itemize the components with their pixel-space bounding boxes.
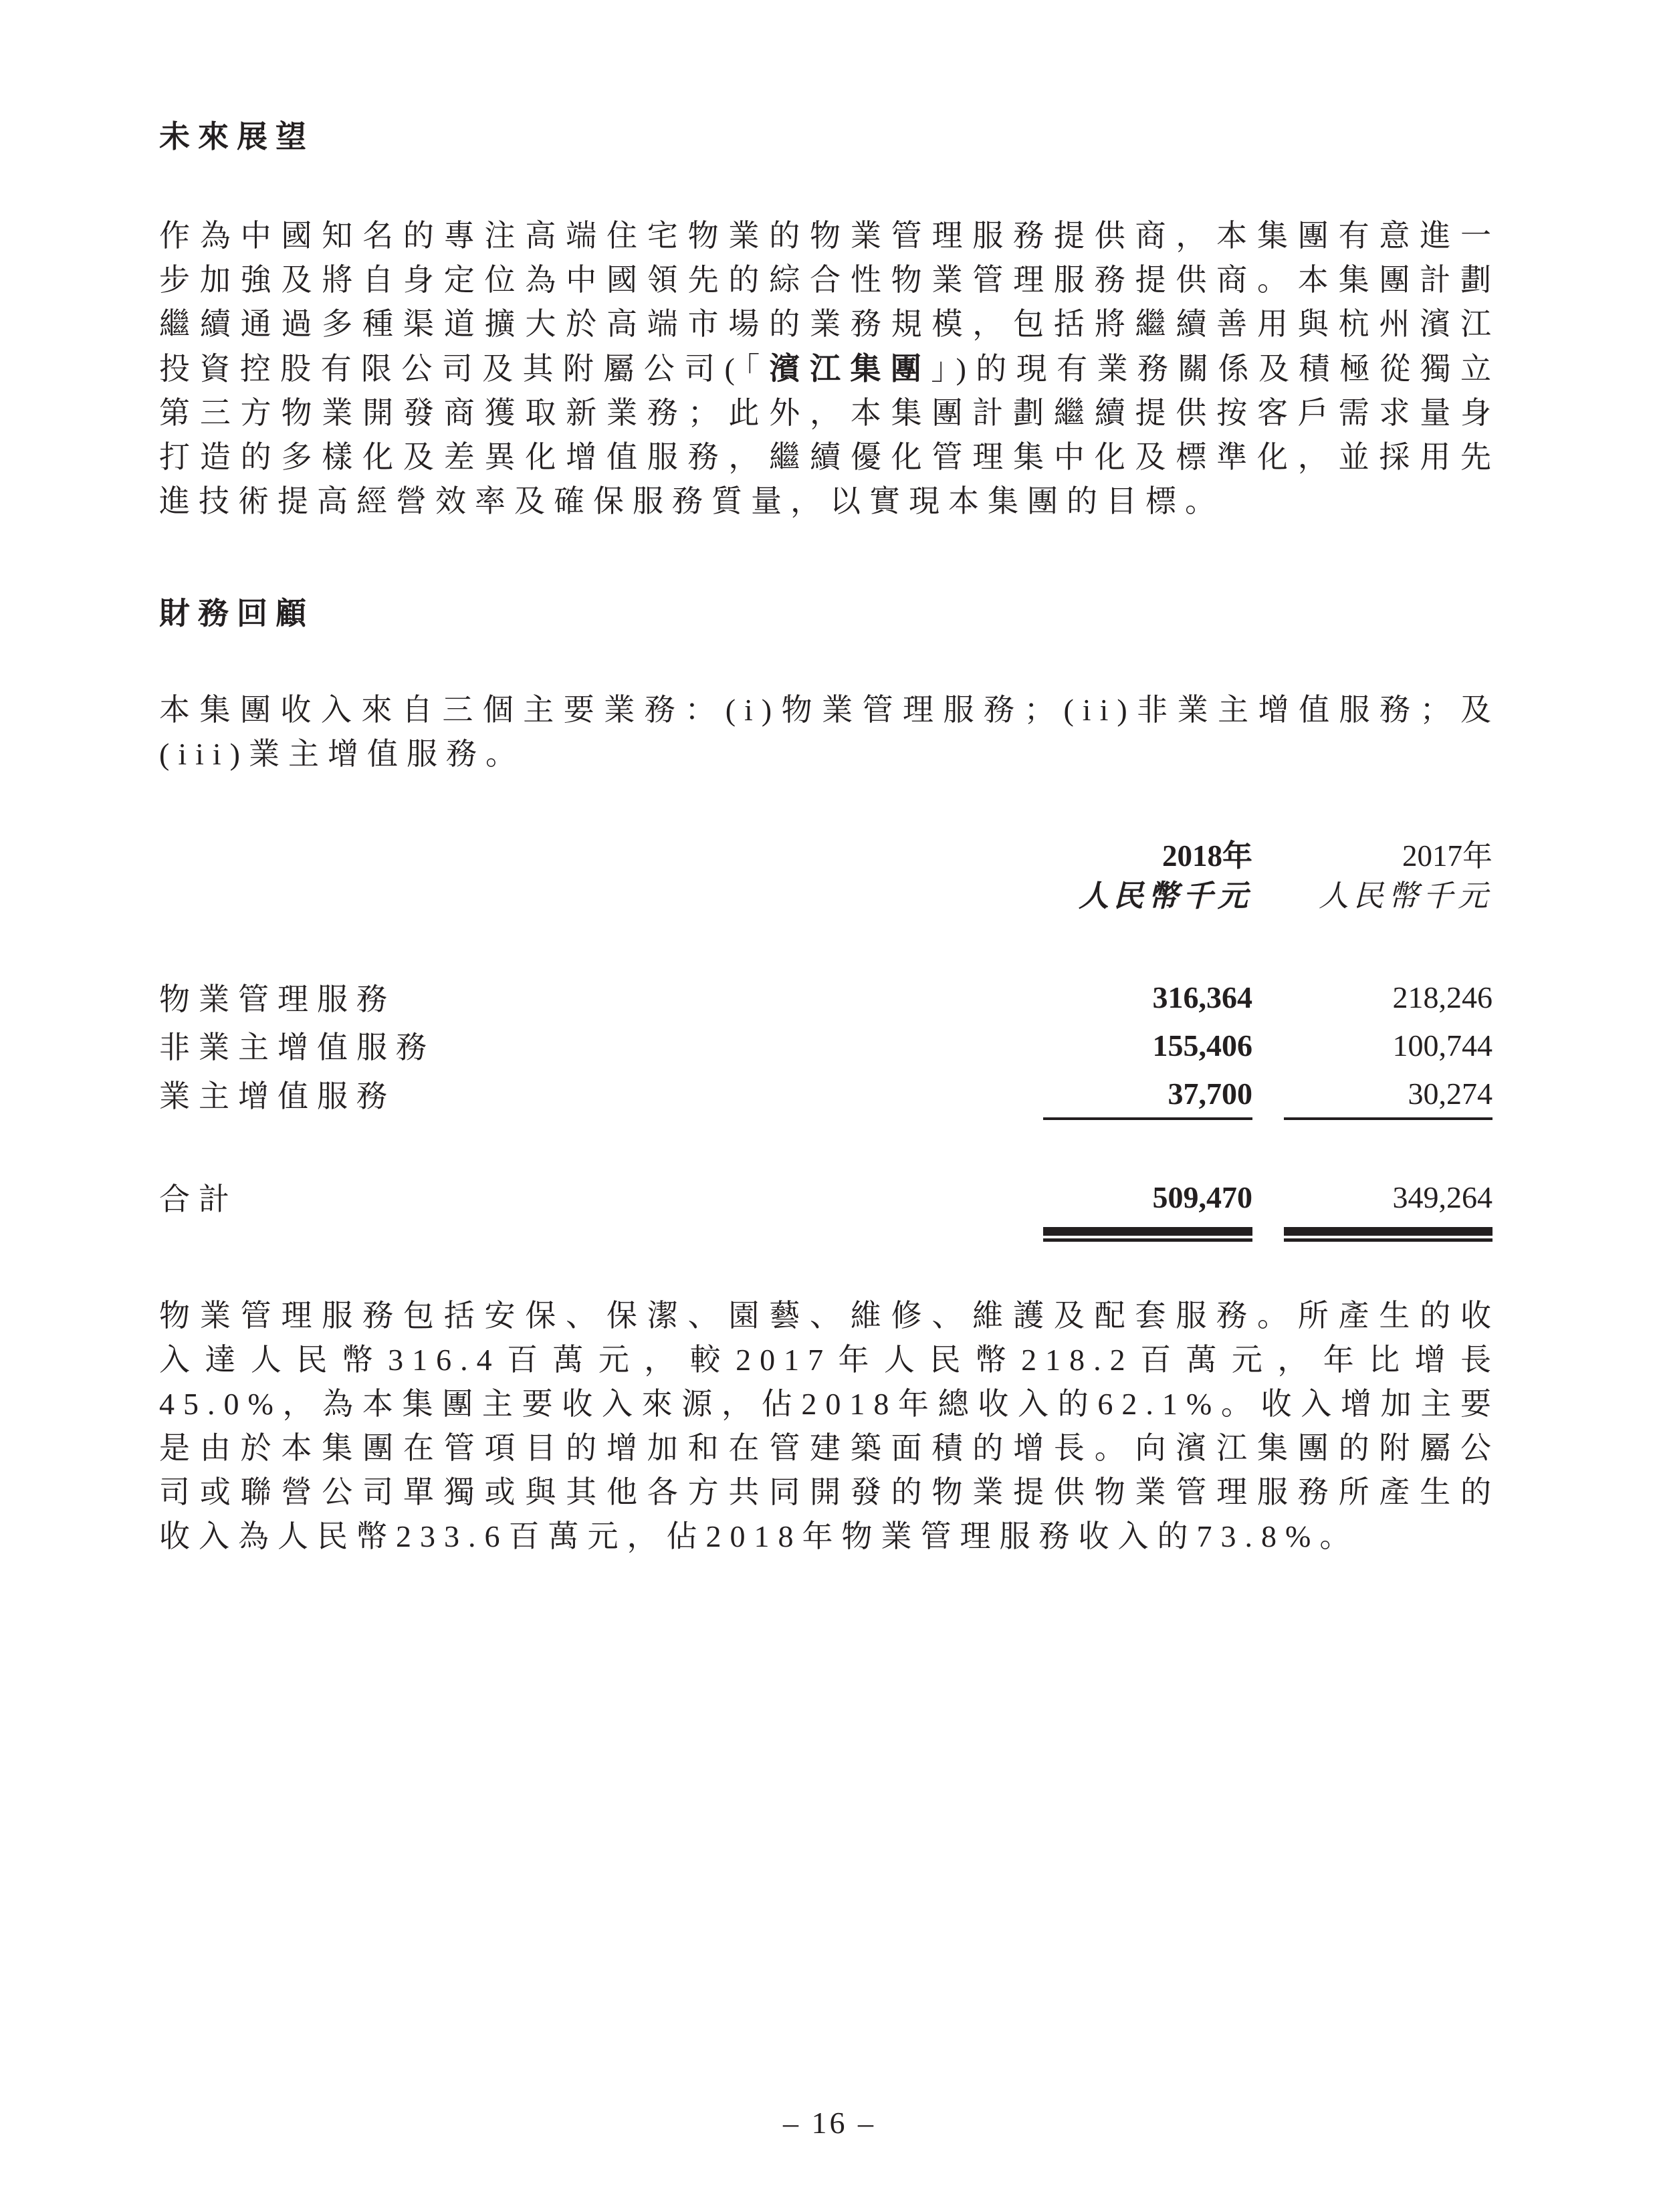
column-header-unit-2017: 人民幣千元 xyxy=(1284,875,1492,914)
table-year-header-row: 2018年 2017年 xyxy=(159,834,1492,875)
paragraph-revenue-sources: 本集團收入來自三個主要業務：(i)物業管理服務；(ii)非業主增值服務；及(ii… xyxy=(159,688,1500,776)
total-label: 合計 xyxy=(159,1175,1043,1219)
outlook-bold-term: 濱江集團 xyxy=(770,351,931,386)
section-heading-financial-review: 財務回顧 xyxy=(159,594,1500,632)
revenue-table: 2018年 2017年 人民幣千元 人民幣千元 物業管理服務 316,364 2… xyxy=(159,834,1492,1251)
table-spacer xyxy=(159,1119,1492,1175)
row-label: 非業主增值服務 xyxy=(159,1021,1043,1069)
table-row-total: 合計 509,470 349,264 xyxy=(159,1175,1492,1219)
paragraph-property-management-detail: 物業管理服務包括安保、保潔、園藝、維修、維護及配套服務。所產生的收入達人民幣31… xyxy=(159,1294,1500,1559)
section-heading-future-outlook: 未來展望 xyxy=(159,118,1500,155)
table-total-rule-row xyxy=(159,1219,1492,1251)
row-value-2018: 37,700 xyxy=(1043,1069,1252,1119)
total-value-2017: 349,264 xyxy=(1284,1175,1492,1219)
row-value-2018: 316,364 xyxy=(1043,973,1252,1021)
paragraph-future-outlook: 作為中國知名的專注高端住宅物業的物業管理服務提供商，本集團有意進一步加強及將自身… xyxy=(159,214,1500,524)
table-spacer xyxy=(159,914,1492,973)
total-value-2018: 509,470 xyxy=(1043,1175,1252,1219)
column-header-unit-2018: 人民幣千元 xyxy=(1043,875,1252,914)
row-value-2018: 155,406 xyxy=(1043,1021,1252,1069)
table-row-non-owner-vas: 非業主增值服務 155,406 100,744 xyxy=(159,1021,1492,1069)
double-underline-2018 xyxy=(1043,1227,1252,1242)
document-page: 未來展望 作為中國知名的專注高端住宅物業的物業管理服務提供商，本集團有意進一步加… xyxy=(0,0,1659,2212)
row-value-2017: 30,274 xyxy=(1284,1069,1492,1119)
column-header-year-2018: 2018年 xyxy=(1043,834,1252,875)
row-label: 業主增值服務 xyxy=(159,1069,1043,1119)
row-value-2017: 100,744 xyxy=(1284,1021,1492,1069)
table-unit-header-row: 人民幣千元 人民幣千元 xyxy=(159,875,1492,914)
table-row-property-management: 物業管理服務 316,364 218,246 xyxy=(159,973,1492,1021)
table-row-owner-vas: 業主增值服務 37,700 30,274 xyxy=(159,1069,1492,1119)
row-value-2017: 218,246 xyxy=(1284,973,1492,1021)
row-label: 物業管理服務 xyxy=(159,973,1043,1021)
column-header-year-2017: 2017年 xyxy=(1284,834,1492,875)
double-underline-2017 xyxy=(1284,1227,1492,1242)
page-number: – 16 – xyxy=(0,2105,1659,2140)
